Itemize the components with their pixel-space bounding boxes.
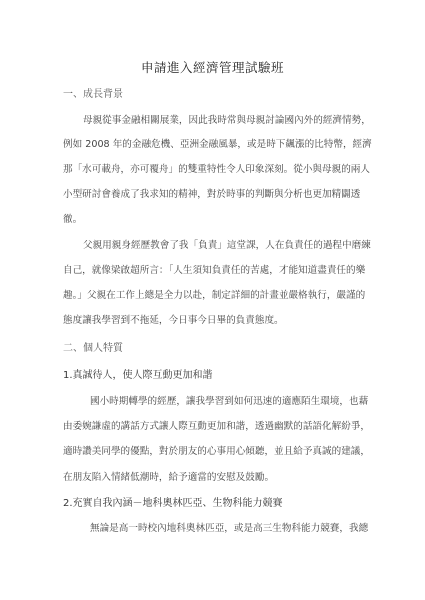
- paragraph-line: 母親從事金融相關展業，因此我時常與母親討論國內外的經濟情勢，: [83, 112, 371, 126]
- paragraph-line: 徹。: [63, 211, 82, 225]
- paragraph-line: 國小時期轉學的經歷，讓我學習到如何迅速的適應陌生環境，也藉: [90, 393, 368, 407]
- paragraph-line: 父親用親身經歷教會了我「負責」這堂課，人在負責任的過程中磨練: [83, 237, 371, 251]
- paragraph-line: 趣。」父親在工作上總是全力以赴，制定詳細的計畫並嚴格執行，嚴謹的: [63, 287, 365, 301]
- paragraph-line: 小型研討會養成了我求知的精神，對於時事的判斷與分析也更加精闢透: [63, 186, 360, 200]
- section-heading-traits: 二、個人特質: [63, 339, 123, 354]
- subsection-heading: 2.充實自我內涵－地科奧林匹亞、生物科能力競賽: [63, 494, 283, 509]
- document-title: 申請進入經濟管理試驗班: [0, 58, 425, 76]
- section-heading-background: 一、成長背景: [63, 85, 123, 100]
- paragraph-line: 適時讚美同學的優點，對於朋友的心事用心傾聽，並且給予真誠的建議，: [63, 443, 370, 457]
- document-page: 申請進入經濟管理試驗班 一、成長背景 母親從事金融相關展業，因此我時常與母親討論…: [0, 0, 425, 600]
- subsection-heading: 1.真誠待人，使人際互動更加和諧: [63, 366, 213, 381]
- paragraph-line: 在朋友陷入情緒低潮時，給予適當的安慰及鼓勵。: [63, 469, 274, 483]
- paragraph-line: 那「水可載舟，亦可覆舟」的雙重特性令人印象深刻。從小與母親的兩人: [63, 161, 370, 175]
- paragraph-line: 態度讓我學習到不拖延，今日事今日畢的負責態度。: [63, 312, 284, 326]
- paragraph-line: 例如 2008 年的金融危機、亞洲金融風暴，或是時下飆漲的比特幣，經濟: [63, 136, 372, 150]
- paragraph-line: 由委婉謙虛的講話方式讓人際互動更加和諧，透過幽默的話語化解紛爭，: [63, 418, 370, 432]
- paragraph-line: 無論是高一時校內地科奧林匹亞，或是高三生物科能力競賽，我總: [90, 520, 368, 534]
- paragraph-line: 自己，就像梁啟超所言：「人生須知負責任的苦處，才能知道盡責任的樂: [63, 262, 365, 276]
